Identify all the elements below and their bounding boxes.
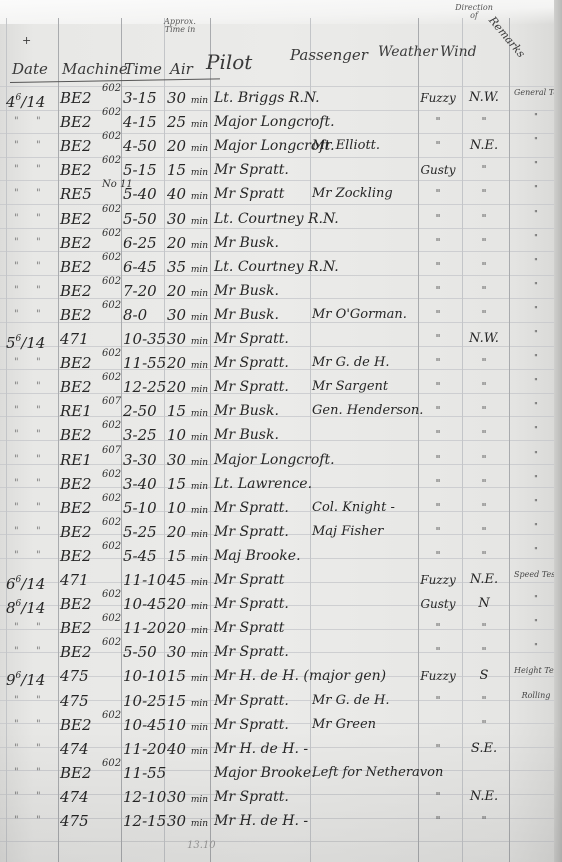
air-minutes: 20 xyxy=(167,354,186,372)
entry-air-time: 20 min xyxy=(167,375,212,402)
entry-machine: 475 xyxy=(60,809,122,833)
entry-wind: " xyxy=(463,423,505,447)
entry-remarks: " xyxy=(514,594,558,603)
date-ditto: " xyxy=(36,303,46,327)
date-ditto: " xyxy=(14,713,24,737)
machine-type: BE2 xyxy=(60,113,92,131)
header-passenger: Passenger xyxy=(290,46,368,64)
log-row: ""BE26026-2520 minMr Busk.""" xyxy=(0,231,556,255)
entry-wind: " xyxy=(463,158,505,182)
header-marker: + xyxy=(22,34,31,47)
date-ditto: " xyxy=(14,544,24,568)
machine-number: 602 xyxy=(102,125,121,149)
air-minutes: 20 xyxy=(167,378,186,396)
entry-wind: " xyxy=(463,496,505,520)
entry-wind: " xyxy=(463,520,505,544)
entry-time: 10-45 xyxy=(123,713,168,737)
entry-air-time: 20 min xyxy=(167,134,212,161)
entry-pilot: Mr H. de H. - xyxy=(214,809,309,833)
entry-wind: N.W. xyxy=(463,327,505,351)
entry-remarks: Speed Tests xyxy=(514,570,558,579)
entry-air-time: 15 min xyxy=(167,689,212,716)
air-minutes: 15 xyxy=(167,475,186,493)
machine-number: 602 xyxy=(102,414,121,438)
entry-passenger: Col. Knight - xyxy=(312,496,422,520)
air-minutes: 40 xyxy=(167,185,186,203)
date-ditto: " xyxy=(14,761,24,785)
date-ditto: " xyxy=(14,231,24,255)
entry-remarks: " xyxy=(514,522,558,531)
air-unit: min xyxy=(191,337,208,347)
air-minutes: 15 xyxy=(167,667,186,685)
header-air: Air xyxy=(170,60,193,78)
entry-pilot: Mr Spratt. xyxy=(214,592,309,616)
air-unit: min xyxy=(191,506,208,516)
entry-machine: 475 xyxy=(60,664,122,688)
log-row: ""BE260211-5520 minMr Spratt.Mr G. de H.… xyxy=(0,351,556,375)
entry-weather: " xyxy=(414,689,462,713)
air-unit: min xyxy=(191,674,208,684)
entry-time: 10-25 xyxy=(123,689,168,713)
machine-number: 607 xyxy=(102,439,121,463)
air-unit: min xyxy=(191,747,208,757)
entry-pilot: Mr Busk. xyxy=(214,423,309,447)
date-ditto: " xyxy=(14,110,24,134)
entry-pilot: Lt. Courtney R.N. xyxy=(214,255,309,279)
entry-remarks: " xyxy=(514,257,558,266)
air-unit: min xyxy=(191,265,208,275)
entry-weather: " xyxy=(414,544,462,568)
machine-number: 602 xyxy=(102,149,121,173)
entry-machine: 474 xyxy=(60,785,122,809)
log-row: ""BE26025-2520 minMr Spratt.Maj Fisher""… xyxy=(0,520,556,544)
entry-time: 3-25 xyxy=(123,423,168,447)
log-row: 96/1447510-1015 minMr H. de H. (major ge… xyxy=(0,664,556,688)
entry-remarks: " xyxy=(514,184,558,193)
entry-pilot: Lt. Briggs R.N. xyxy=(214,86,309,110)
entry-time: 5-45 xyxy=(123,544,168,568)
log-row: ""47510-2515 minMr Spratt.Mr G. de H.""R… xyxy=(0,689,556,713)
entry-air-time: 30 min xyxy=(167,809,212,836)
date-ditto: " xyxy=(14,496,24,520)
date-ditto: " xyxy=(14,279,24,303)
entry-wind: " xyxy=(463,544,505,568)
entry-air-time: 30 min xyxy=(167,448,212,475)
entry-remarks: " xyxy=(514,401,558,410)
entry-pilot: Mr Spratt. xyxy=(214,351,309,375)
log-row: ""BE26025-5030 minLt. Courtney R.N.""" xyxy=(0,207,556,231)
air-time-total: 13.10 xyxy=(187,840,216,851)
date-ditto: " xyxy=(36,207,46,231)
entry-pilot: Mr H. de H. (major gen) xyxy=(214,664,309,688)
entry-air-time: 20 min xyxy=(167,520,212,547)
machine-type: BE2 xyxy=(60,258,92,276)
entry-time: 5-10 xyxy=(123,496,168,520)
machine-type: RE1 xyxy=(60,402,92,420)
log-row: ""BE26025-1010 minMr Spratt.Col. Knight … xyxy=(0,496,556,520)
ledger-page: + Date Machine Time Approx. Time in Air … xyxy=(0,0,562,862)
entry-remarks: Height Test xyxy=(514,666,558,675)
air-unit: min xyxy=(191,433,208,443)
entry-pilot: Mr Spratt. xyxy=(214,520,309,544)
air-minutes: 30 xyxy=(167,643,186,661)
entry-remarks: " xyxy=(514,642,558,651)
entry-pilot: Maj Brooke. xyxy=(214,544,309,568)
log-row: 56/1447110-3530 minMr Spratt."N.W." xyxy=(0,327,556,351)
entry-machine: BE2602 xyxy=(60,640,122,664)
date-ditto: " xyxy=(36,689,46,713)
entry-air-time: 15 min xyxy=(167,158,212,185)
date-ditto: " xyxy=(36,231,46,255)
entry-wind: N.W. xyxy=(463,86,505,110)
entry-remarks: " xyxy=(514,425,558,434)
entry-air-time: 10 min xyxy=(167,496,212,523)
air-minutes: 15 xyxy=(167,547,186,565)
machine-number: 602 xyxy=(102,752,121,776)
date-ditto: " xyxy=(14,689,24,713)
entry-weather: Gusty xyxy=(414,592,462,616)
entry-wind: " xyxy=(463,182,505,206)
air-unit: min xyxy=(191,289,208,299)
air-unit: min xyxy=(191,578,208,588)
entry-passenger: Maj Fisher xyxy=(312,520,422,544)
entry-passenger: Mr Elliott. xyxy=(312,134,422,158)
air-minutes: 20 xyxy=(167,282,186,300)
entry-weather: " xyxy=(414,423,462,447)
entry-air-time: 15 min xyxy=(167,472,212,499)
date-ditto: " xyxy=(14,809,24,833)
log-row: ""BE26026-4535 minLt. Courtney R.N.""" xyxy=(0,255,556,279)
entry-air-time: 40 min xyxy=(167,737,212,764)
date-day: 4 xyxy=(6,93,16,111)
air-unit: min xyxy=(191,241,208,251)
date-day: 9 xyxy=(6,671,16,689)
air-minutes: 30 xyxy=(167,330,186,348)
air-unit: min xyxy=(191,819,208,829)
entry-weather: " xyxy=(414,737,462,761)
entry-weather: " xyxy=(414,231,462,255)
entry-time: 8-0 xyxy=(123,303,168,327)
log-row: 46/14BE26023-1530 minLt. Briggs R.N.Fuzz… xyxy=(0,86,556,110)
date-ditto: " xyxy=(36,520,46,544)
date-ditto: " xyxy=(36,616,46,640)
date-ditto: " xyxy=(14,520,24,544)
entry-passenger: Mr Green xyxy=(312,713,422,737)
machine-number: 602 xyxy=(102,607,121,631)
entry-weather: " xyxy=(414,496,462,520)
date-ditto: " xyxy=(14,785,24,809)
date-ditto: " xyxy=(36,713,46,737)
entry-weather: " xyxy=(414,207,462,231)
entry-air-time: 20 min xyxy=(167,616,212,643)
entry-pilot: Major Longcroft. xyxy=(214,110,309,134)
machine-type: BE2 xyxy=(60,378,92,396)
air-minutes: 40 xyxy=(167,740,186,758)
log-row: ""BE26028-030 minMr Busk.Mr O'Gorman.""" xyxy=(0,303,556,327)
log-row: ""BE26027-2020 minMr Busk.""" xyxy=(0,279,556,303)
date-ditto: " xyxy=(14,423,24,447)
entry-pilot: Mr Spratt. xyxy=(214,496,309,520)
air-minutes: 30 xyxy=(167,210,186,228)
air-minutes: 20 xyxy=(167,595,186,613)
log-row: ""47412-1030 minMr Spratt."N.E. xyxy=(0,785,556,809)
entry-wind: " xyxy=(463,809,505,833)
air-minutes: 15 xyxy=(167,402,186,420)
entry-air-time: 25 min xyxy=(167,110,212,137)
entry-time: 2-50 xyxy=(123,399,168,423)
machine-type: 474 xyxy=(60,740,89,758)
entry-wind: " xyxy=(463,689,505,713)
air-unit: min xyxy=(191,192,208,202)
log-row: ""RE16072-5015 minMr Busk.Gen. Henderson… xyxy=(0,399,556,423)
entry-remarks: " xyxy=(514,136,558,145)
entry-time: 7-20 xyxy=(123,279,168,303)
air-unit: min xyxy=(191,409,208,419)
entry-remarks: " xyxy=(514,329,558,338)
entry-remarks: " xyxy=(514,353,558,362)
entry-time: 4-50 xyxy=(123,134,168,158)
machine-number: 602 xyxy=(102,511,121,535)
entry-remarks: " xyxy=(514,618,558,627)
date-ditto: " xyxy=(36,158,46,182)
machine-number: 602 xyxy=(102,77,121,101)
entry-time: 10-10 xyxy=(123,664,168,688)
entry-wind: " xyxy=(463,472,505,496)
machine-type: BE2 xyxy=(60,306,92,324)
ruled-line xyxy=(0,841,556,842)
date-ditto: " xyxy=(36,496,46,520)
entry-remarks: " xyxy=(514,160,558,169)
air-unit: min xyxy=(191,313,208,323)
header-air-top: Approx. Time in xyxy=(160,18,200,34)
air-unit: min xyxy=(191,458,208,468)
log-row: ""BE260212-2520 minMr Spratt.Mr Sargent"… xyxy=(0,375,556,399)
machine-type: 474 xyxy=(60,788,89,806)
date-ditto: " xyxy=(14,158,24,182)
entry-weather: " xyxy=(414,809,462,833)
air-minutes: 15 xyxy=(167,161,186,179)
log-row: ""RE5No 115-4040 minMr SprattMr Zockling… xyxy=(0,182,556,206)
machine-type: RE5 xyxy=(60,185,92,203)
date-ditto: " xyxy=(36,134,46,158)
entry-pilot: Mr Spratt. xyxy=(214,327,309,351)
entry-wind: " xyxy=(463,375,505,399)
entry-air-time: 30 min xyxy=(167,327,212,354)
log-row: ""BE260211-55 Major Brooke.Left for Neth… xyxy=(0,761,556,785)
entry-remarks: General Test xyxy=(514,88,558,97)
date-ditto: " xyxy=(14,472,24,496)
date-ditto: " xyxy=(36,737,46,761)
entry-time: 5-40 xyxy=(123,182,168,206)
log-row: 66/1447111-1045 minMr SprattFuzzyN.E.Spe… xyxy=(0,568,556,592)
air-unit: min xyxy=(191,217,208,227)
date-year: /14 xyxy=(21,599,45,617)
entry-time: 5-25 xyxy=(123,520,168,544)
entry-pilot: Mr Spratt xyxy=(214,182,309,206)
date-year: /14 xyxy=(21,334,45,352)
date-ditto: " xyxy=(36,182,46,206)
machine-number: 602 xyxy=(102,463,121,487)
entry-pilot: Mr Busk. xyxy=(214,279,309,303)
machine-type: 471 xyxy=(60,330,89,348)
entry-air-time: 10 min xyxy=(167,713,212,740)
air-unit: min xyxy=(191,626,208,636)
air-unit: min xyxy=(191,120,208,130)
entry-pilot: Mr H. de H. - xyxy=(214,737,309,761)
log-row: ""RE16073-3030 minMajor Longcroft.""" xyxy=(0,448,556,472)
air-minutes: 30 xyxy=(167,812,186,830)
entry-pilot: Mr Spratt. xyxy=(214,689,309,713)
entry-machine: BE2602 xyxy=(60,544,122,568)
date-ditto: " xyxy=(14,182,24,206)
date-ditto: " xyxy=(36,640,46,664)
log-row: ""BE26025-4515 minMaj Brooke.""" xyxy=(0,544,556,568)
entry-weather: " xyxy=(414,448,462,472)
entry-time: 12-25 xyxy=(123,375,168,399)
entry-wind: " xyxy=(463,351,505,375)
date-ditto: " xyxy=(36,351,46,375)
air-minutes: 20 xyxy=(167,137,186,155)
entry-passenger: Gen. Henderson. xyxy=(312,399,422,423)
entry-air-time: 20 min xyxy=(167,351,212,378)
date-ditto: " xyxy=(14,134,24,158)
air-minutes: 10 xyxy=(167,499,186,517)
air-unit: min xyxy=(191,168,208,178)
machine-number: 602 xyxy=(102,342,121,366)
entry-time: 10-35 xyxy=(123,327,168,351)
entry-weather: Gusty xyxy=(414,158,462,182)
machine-type: BE2 xyxy=(60,210,92,228)
machine-type: BE2 xyxy=(60,282,92,300)
entry-air-time: 35 min xyxy=(167,255,212,282)
air-unit: min xyxy=(191,650,208,660)
date-ditto: " xyxy=(14,448,24,472)
entry-remarks: " xyxy=(514,474,558,483)
entry-remarks: " xyxy=(514,112,558,121)
machine-type: BE2 xyxy=(60,716,92,734)
air-minutes: 30 xyxy=(167,89,186,107)
entry-air-time: 30 min xyxy=(167,207,212,234)
date-year: /14 xyxy=(21,93,45,111)
entry-weather: " xyxy=(414,640,462,664)
entry-air-time: 20 min xyxy=(167,279,212,306)
machine-type: 475 xyxy=(60,692,89,710)
machine-number: 602 xyxy=(102,631,121,655)
log-row: 86/14BE260210-4520 minMr Spratt.GustyN" xyxy=(0,592,556,616)
air-minutes: 30 xyxy=(167,451,186,469)
entry-air-time: 30 min xyxy=(167,303,212,330)
entry-weather: " xyxy=(414,327,462,351)
air-unit: min xyxy=(191,96,208,106)
date-day: 5 xyxy=(6,334,16,352)
entry-remarks: " xyxy=(514,281,558,290)
log-row: ""47512-1530 minMr H. de H. -"" xyxy=(0,809,556,833)
entry-air-time: 40 min xyxy=(167,182,212,209)
entry-weather: Fuzzy xyxy=(414,86,462,110)
entry-pilot: Mr Busk. xyxy=(214,231,309,255)
machine-type: BE2 xyxy=(60,89,92,107)
date-ditto: " xyxy=(36,809,46,833)
machine-number: 602 xyxy=(102,246,121,270)
entry-wind: " xyxy=(463,110,505,134)
entry-air-time: 15 min xyxy=(167,399,212,426)
entry-weather: " xyxy=(414,375,462,399)
entry-wind: " xyxy=(463,713,505,737)
machine-number: 602 xyxy=(102,366,121,390)
air-minutes: 25 xyxy=(167,113,186,131)
air-minutes: 30 xyxy=(167,788,186,806)
machine-type: 471 xyxy=(60,571,89,589)
machine-number: 602 xyxy=(102,270,121,294)
entry-air-time: 15 min xyxy=(167,664,212,691)
air-minutes: 45 xyxy=(167,571,186,589)
entry-passenger: Mr Zockling xyxy=(312,182,422,206)
date-ditto: " xyxy=(36,279,46,303)
air-minutes: 20 xyxy=(167,234,186,252)
date-ditto: " xyxy=(36,110,46,134)
entry-time: 11-10 xyxy=(123,568,168,592)
log-row: ""BE26023-4015 minLt. Lawrence.""" xyxy=(0,472,556,496)
entry-weather: " xyxy=(414,182,462,206)
entry-machine: BE2602 xyxy=(60,713,122,737)
entry-passenger: Mr G. de H. xyxy=(312,351,422,375)
entry-air-time: 20 min xyxy=(167,231,212,258)
date-ditto: " xyxy=(36,761,46,785)
machine-number: 602 xyxy=(102,222,121,246)
machine-number: 602 xyxy=(102,294,121,318)
air-unit: min xyxy=(191,385,208,395)
entry-remarks: " xyxy=(514,546,558,555)
page-edge xyxy=(554,0,562,862)
log-row: ""BE26023-2510 minMr Busk.""" xyxy=(0,423,556,447)
header-wind: Wind xyxy=(440,44,477,60)
log-row: ""BE260210-4510 minMr Spratt.Mr Green" xyxy=(0,713,556,737)
entry-remarks: " xyxy=(514,377,558,386)
entry-weather: Fuzzy xyxy=(414,664,462,688)
entry-time: 12-15 xyxy=(123,809,168,833)
entry-time: 5-50 xyxy=(123,207,168,231)
machine-type: BE2 xyxy=(60,523,92,541)
entry-pilot: Lt. Courtney R.N. xyxy=(214,207,309,231)
date-ditto: " xyxy=(36,448,46,472)
entry-weather: " xyxy=(414,134,462,158)
date-year: /14 xyxy=(21,671,45,689)
date-day: 6 xyxy=(6,575,16,593)
air-unit: min xyxy=(191,554,208,564)
entry-air-time: 15 min xyxy=(167,544,212,571)
entry-wind: " xyxy=(463,640,505,664)
date-ditto: " xyxy=(36,785,46,809)
entry-weather: " xyxy=(414,520,462,544)
machine-type: BE2 xyxy=(60,619,92,637)
entry-weather: " xyxy=(414,785,462,809)
entry-wind: " xyxy=(463,303,505,327)
entry-pilot: Mr Spratt xyxy=(214,568,309,592)
date-ditto: " xyxy=(36,544,46,568)
machine-type: BE2 xyxy=(60,595,92,613)
entry-wind: " xyxy=(463,616,505,640)
entry-time: 6-45 xyxy=(123,255,168,279)
entry-wind: " xyxy=(463,448,505,472)
date-ditto: " xyxy=(36,255,46,279)
entry-passenger: Mr G. de H. xyxy=(312,689,422,713)
log-row: ""47411-2040 minMr H. de H. -"S.E. xyxy=(0,737,556,761)
entry-weather: " xyxy=(414,399,462,423)
entry-machine: BE2602 xyxy=(60,303,122,327)
entry-wind: " xyxy=(463,255,505,279)
entry-weather: " xyxy=(414,110,462,134)
entry-pilot: Mr Spratt xyxy=(214,616,309,640)
